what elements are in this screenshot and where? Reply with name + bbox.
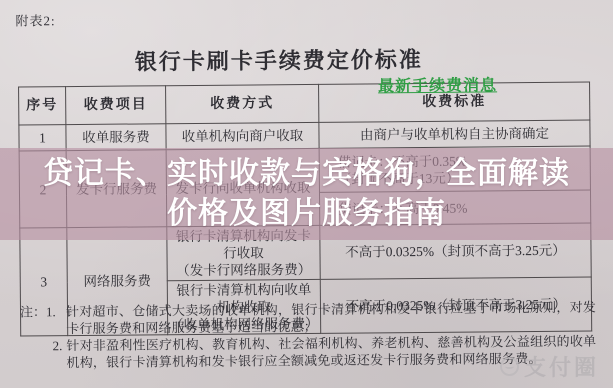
footnote-1: 注：1. 针对超市、仓储式大卖场的收单机构，银行卡清算机构和发卡银行应基于市场化… [20, 298, 596, 337]
footnote-2-number: 2. [20, 337, 66, 371]
header-item: 收费项目 [66, 86, 166, 125]
header-seq: 序号 [19, 87, 66, 125]
watermark: 支付圈 [500, 351, 599, 382]
headline-overlay-banner: 贷记卡、实时收款与宾格狗，全面解读 价格及图片服务指南 [0, 148, 613, 240]
promo-link[interactable]: 最新手续费消息 [378, 72, 497, 96]
row3-sub1-method-line2: （发卡行网络服务费） [176, 262, 311, 278]
watermark-text: 支付圈 [524, 351, 599, 382]
row1-standard: 由商户与收单机构自主协商确定 [319, 120, 590, 148]
annex-label: 附表2: [15, 10, 55, 29]
headline-line1: 贷记卡、实时收款与宾格狗，全面解读 [43, 154, 570, 194]
footnote-1-number: 注：1. [20, 303, 66, 337]
row1-method: 收单机构向商户收取 [166, 122, 319, 149]
table-header-row: 序号 收费项目 收费方式 收费标准 [19, 82, 590, 125]
footnote-1-text: 针对超市、仓储式大卖场的收单机构，银行卡清算机构和发卡银行应基于市场化原则，对发… [66, 298, 596, 337]
scanned-document-page: 附表2: 银行卡刷卡手续费定价标准 最新手续费消息 序号 收费项目 收费方式 收… [0, 0, 613, 388]
header-method: 收费方式 [166, 84, 319, 123]
headline-line2: 价格及图片服务指南 [167, 194, 446, 234]
row1-item: 收单服务费 [66, 124, 166, 151]
watermark-logo-icon [500, 357, 519, 376]
